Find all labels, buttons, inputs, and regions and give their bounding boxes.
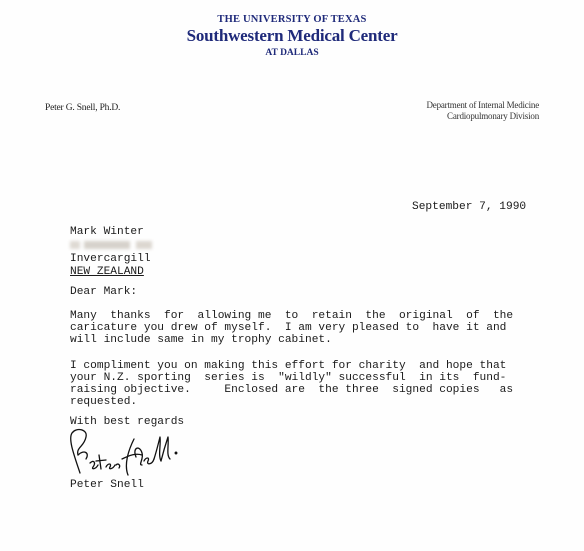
sender-name: Peter G. Snell, Ph.D.	[45, 103, 120, 113]
recipient-address: Mark Winter Invercargill NEW ZEALAND	[70, 226, 152, 278]
paragraph-line: will include same in my trophy cabinet.	[70, 334, 540, 346]
typed-name: Peter Snell	[70, 479, 144, 491]
department-block: Department of Internal Medicine Cardiopu…	[426, 100, 539, 121]
redaction-blur	[70, 241, 152, 249]
paragraph-line: Many thanks for allowing me to retain th…	[70, 310, 540, 322]
paragraph-line: caricature you drew of myself. I am very…	[70, 322, 540, 334]
letterhead-location: AT DALLAS	[0, 47, 584, 59]
department-name: Department of Internal Medicine	[426, 100, 539, 111]
paragraph-line: requested.	[70, 396, 540, 408]
letterhead-institution: Southwestern Medical Center	[0, 26, 584, 46]
letter-date: September 7, 1990	[412, 201, 526, 213]
recipient-city: Invercargill	[70, 253, 152, 266]
letterhead: THE UNIVERSITY OF TEXAS Southwestern Med…	[0, 14, 584, 59]
recipient-street-redacted	[70, 239, 152, 254]
body-paragraph-2: I compliment you on making this effort f…	[70, 360, 540, 408]
division-name: Cardiopulmonary Division	[426, 111, 539, 122]
paragraph-line: raising objective. Enclosed are the thre…	[70, 384, 540, 396]
recipient-name: Mark Winter	[70, 226, 152, 239]
recipient-country: NEW ZEALAND	[70, 266, 152, 279]
paragraph-line: your N.Z. sporting series is "wildly" su…	[70, 372, 540, 384]
letterhead-university: THE UNIVERSITY OF TEXAS	[0, 14, 584, 26]
paragraph-line: I compliment you on making this effort f…	[70, 360, 540, 372]
body-paragraph-1: Many thanks for allowing me to retain th…	[70, 310, 540, 346]
letter-page: THE UNIVERSITY OF TEXAS Southwestern Med…	[0, 0, 584, 551]
handwritten-signature	[66, 425, 186, 480]
salutation: Dear Mark:	[70, 286, 137, 298]
